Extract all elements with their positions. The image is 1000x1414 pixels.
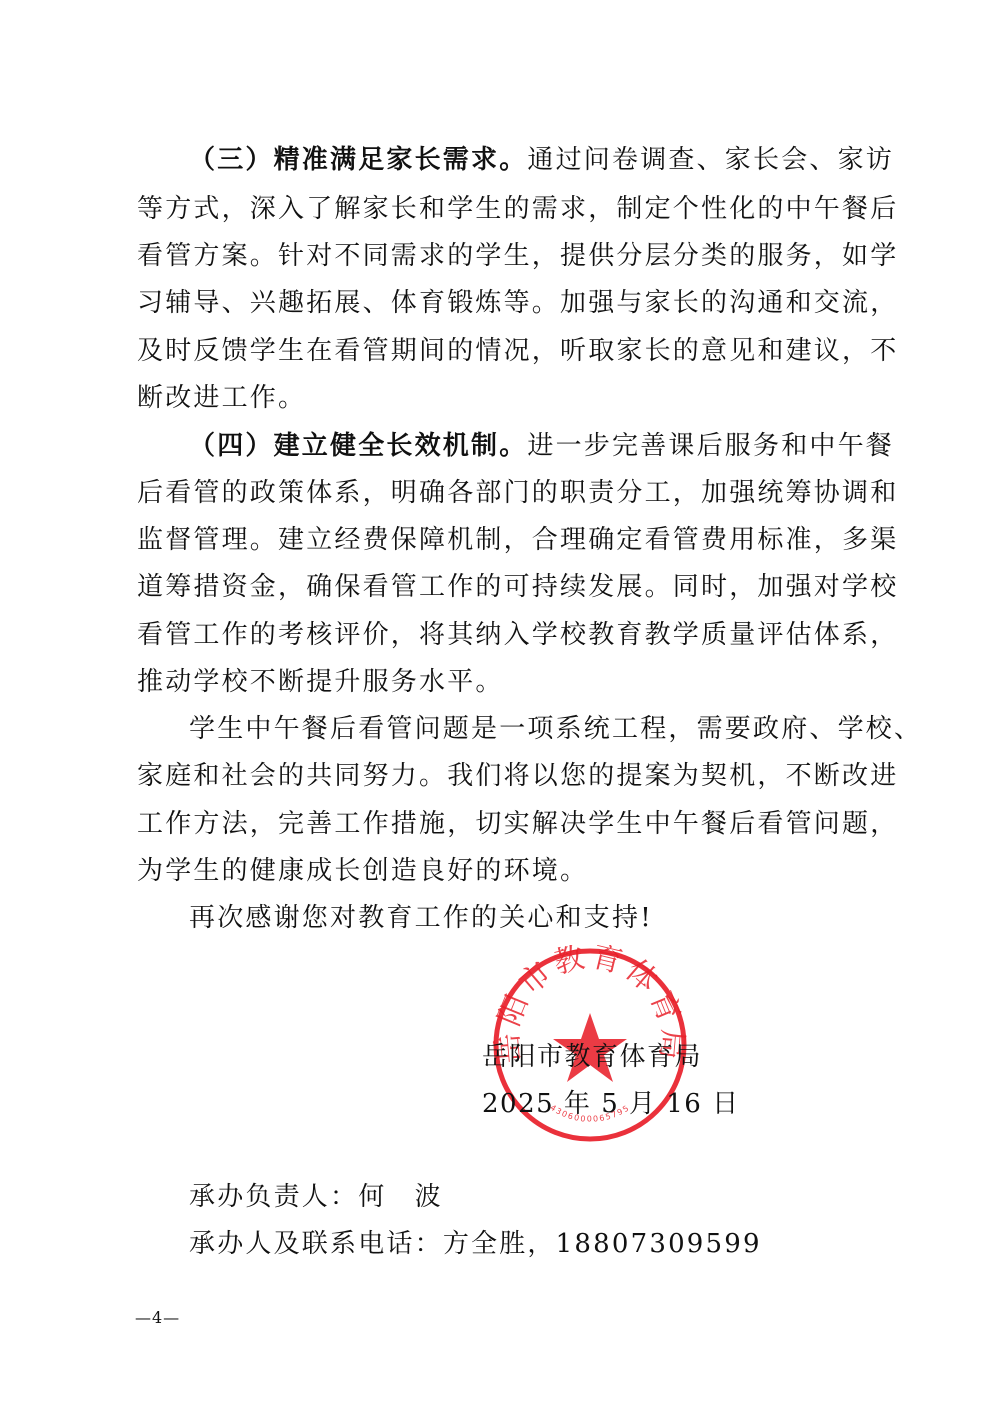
conclusion-line-1: 学生中午餐后看管问题是一项系统工程，需要政府、学校、 [189, 713, 865, 745]
contact-line: 承办人及联系电话：方全胜，18807309599 [189, 1228, 789, 1260]
conclusion-line-3: 工作方法，完善工作措施，切实解决学生中午餐后看管问题， [137, 808, 865, 840]
section4-line-6: 推动学校不断提升服务水平。 [137, 666, 865, 698]
responsible-line: 承办负责人：何 波 [189, 1181, 789, 1213]
section4-heading: （四）建立健全长效机制。 [189, 431, 527, 461]
thanks-line: 再次感谢您对教育工作的关心和支持! [189, 902, 865, 934]
signature-organization: 岳阳市教育体育局 [482, 1041, 702, 1073]
section3-text: 通过问卷调查、家长会、家访 [527, 145, 894, 175]
signature-date: 2025 年 5 月 16 日 [482, 1088, 740, 1120]
conclusion-line-2: 家庭和社会的共同努力。我们将以您的提案为契机，不断改进 [137, 760, 865, 792]
document-page: （三）精准满足家长需求。通过问卷调查、家长会、家访 等方式，深入了解家长和学生的… [0, 0, 1000, 1414]
section4-line-2: 后看管的政策体系，明确各部门的职责分工，加强统筹协调和 [137, 477, 865, 509]
section3-line-1: （三）精准满足家长需求。通过问卷调查、家长会、家访 [189, 144, 865, 176]
contact-label: 承办人及联系电话： [189, 1229, 443, 1259]
responsible-name: 何 波 [358, 1182, 443, 1212]
section4-line-3: 监督管理。建立经费保障机制，合理确定看管费用标准，多渠 [137, 524, 865, 556]
page-number: —4— [135, 1308, 180, 1328]
section3-line-6: 断改进工作。 [137, 382, 865, 414]
responsible-label: 承办负责人： [189, 1182, 358, 1212]
section3-heading: （三）精准满足家长需求。 [189, 145, 527, 175]
conclusion-line-4: 为学生的健康成长创造良好的环境。 [137, 855, 865, 887]
section3-line-2: 等方式，深入了解家长和学生的需求，制定个性化的中午餐后 [137, 193, 865, 225]
section4-line-4: 道筹措资金，确保看管工作的可持续发展。同时，加强对学校 [137, 571, 865, 603]
section3-line-3: 看管方案。针对不同需求的学生，提供分层分类的服务，如学 [137, 240, 865, 272]
section3-line-4: 习辅导、兴趣拓展、体育锻炼等。加强与家长的沟通和交流， [137, 287, 865, 319]
section4-line-5: 看管工作的考核评价，将其纳入学校教育教学质量评估体系， [137, 619, 865, 651]
section4-line-1: （四）建立健全长效机制。进一步完善课后服务和中午餐 [189, 430, 865, 462]
section3-line-5: 及时反馈学生在看管期间的情况，听取家长的意见和建议，不 [137, 335, 865, 367]
contact-value: 方全胜，18807309599 [443, 1229, 762, 1259]
section4-text: 进一步完善课后服务和中午餐 [527, 431, 894, 461]
